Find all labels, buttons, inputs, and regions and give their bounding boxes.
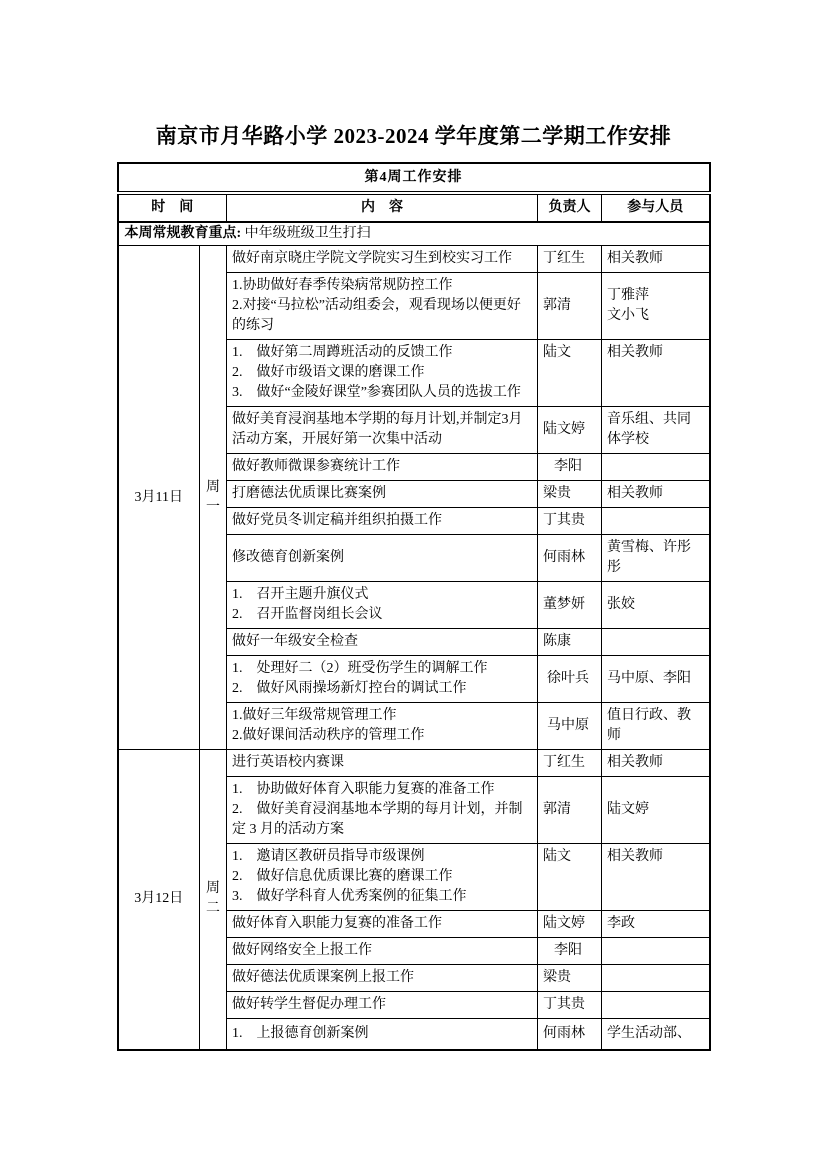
col-header-time: 时 间: [118, 193, 227, 222]
participants-cell: 相关教师: [602, 246, 710, 273]
lead-person-cell: 陆文: [538, 844, 602, 911]
participants-cell: 黄雪梅、许彤彤: [602, 535, 710, 582]
lead-person-cell: 何雨林: [538, 535, 602, 582]
lead-person-cell: 郭清: [538, 273, 602, 340]
participants-cell: 陆文婷: [602, 777, 710, 844]
task-content-cell: 进行英语校内赛课: [227, 750, 538, 777]
date-cell: 3月12日: [118, 750, 200, 1050]
lead-person-cell: 李阳: [538, 938, 602, 965]
task-content-cell: 做好美育浸润基地本学期的每月计划,并制定3月活动方案，开展好第一次集中活动: [227, 407, 538, 454]
lead-person-cell: 何雨林: [538, 1019, 602, 1050]
weekly-focus-text: 中年级班级卫生打扫: [245, 226, 371, 241]
task-content-cell: 1. 处理好二（2）班受伤学生的调解工作 2. 做好风雨操场新灯控台的调试工作: [227, 656, 538, 703]
participants-cell: 丁雅萍 文小飞: [602, 273, 710, 340]
lead-person-cell: 梁贵: [538, 965, 602, 992]
weekday-cell: 周一: [200, 246, 227, 750]
lead-person-cell: 丁其贵: [538, 992, 602, 1019]
weekly-focus-label: 本周常规教育重点:: [125, 226, 242, 241]
participants-cell: [602, 508, 710, 535]
weekday-cell: 周二: [200, 750, 227, 1050]
participants-cell: 学生活动部、: [602, 1019, 710, 1050]
participants-cell: 相关教师: [602, 481, 710, 508]
task-content-cell: 做好体育入职能力复赛的准备工作: [227, 911, 538, 938]
weekly-focus-row: 本周常规教育重点: 中年级班级卫生打扫: [118, 222, 710, 246]
task-content-cell: 做好德法优质课案例上报工作: [227, 965, 538, 992]
task-content-cell: 做好转学生督促办理工作: [227, 992, 538, 1019]
task-content-cell: 修改德育创新案例: [227, 535, 538, 582]
participants-cell: 音乐组、共同体学校: [602, 407, 710, 454]
lead-person-cell: 李阳: [538, 454, 602, 481]
task-content-cell: 1. 邀请区教研员指导市级课例 2. 做好信息优质课比赛的磨课工作 3. 做好学…: [227, 844, 538, 911]
lead-person-cell: 徐叶兵: [538, 656, 602, 703]
task-content-cell: 做好一年级安全检查: [227, 629, 538, 656]
lead-person-cell: 丁红生: [538, 246, 602, 273]
date-cell: 3月11日: [118, 246, 200, 750]
participants-cell: 张姣: [602, 582, 710, 629]
col-header-content: 内 容: [227, 193, 538, 222]
participants-cell: [602, 965, 710, 992]
task-row: 3月11日周一做好南京晓庄学院文学院实习生到校实习工作丁红生相关教师: [118, 246, 710, 273]
participants-cell: 马中原、李阳: [602, 656, 710, 703]
task-content-cell: 1. 上报德育创新案例: [227, 1019, 538, 1050]
lead-person-cell: 梁贵: [538, 481, 602, 508]
task-content-cell: 做好网络安全上报工作: [227, 938, 538, 965]
lead-person-cell: 董梦妍: [538, 582, 602, 629]
lead-person-cell: 马中原: [538, 703, 602, 750]
lead-person-cell: 陆文婷: [538, 911, 602, 938]
header-row: 时 间 内 容 负责人 参与人员: [118, 193, 710, 222]
col-header-participants: 参与人员: [602, 193, 710, 222]
participants-cell: [602, 454, 710, 481]
task-content-cell: 打磨德法优质课比赛案例: [227, 481, 538, 508]
participants-cell: [602, 992, 710, 1019]
task-content-cell: 1. 做好第二周蹲班活动的反馈工作 2. 做好市级语文课的磨课工作 3. 做好“…: [227, 340, 538, 407]
work-schedule-table: 第4周工作安排 时 间 内 容 负责人 参与人员 本周常规教育重点: 中年级班级…: [117, 162, 711, 1051]
task-row: 3月12日周二进行英语校内赛课丁红生相关教师: [118, 750, 710, 777]
document-page: 南京市月华路小学 2023-2024 学年度第二学期工作安排 第4周工作安排 时…: [0, 0, 827, 1170]
participants-cell: 相关教师: [602, 844, 710, 911]
task-content-cell: 做好教师微课参赛统计工作: [227, 454, 538, 481]
table-title-row: 第4周工作安排: [118, 163, 710, 193]
participants-cell: 值日行政、教师: [602, 703, 710, 750]
participants-cell: [602, 938, 710, 965]
task-content-cell: 1. 协助做好体育入职能力复赛的准备工作 2. 做好美育浸润基地本学期的每月计划…: [227, 777, 538, 844]
task-content-cell: 1. 召开主题升旗仪式 2. 召开监督岗组长会议: [227, 582, 538, 629]
lead-person-cell: 丁红生: [538, 750, 602, 777]
task-content-cell: 做好南京晓庄学院文学院实习生到校实习工作: [227, 246, 538, 273]
document-title: 南京市月华路小学 2023-2024 学年度第二学期工作安排: [0, 0, 827, 150]
lead-person-cell: 郭清: [538, 777, 602, 844]
col-header-lead: 负责人: [538, 193, 602, 222]
participants-cell: 相关教师: [602, 340, 710, 407]
task-content-cell: 1.做好三年级常规管理工作 2.做好课间活动秩序的管理工作: [227, 703, 538, 750]
lead-person-cell: 丁其贵: [538, 508, 602, 535]
lead-person-cell: 陆文: [538, 340, 602, 407]
participants-cell: 李政: [602, 911, 710, 938]
participants-cell: [602, 629, 710, 656]
task-content-cell: 做好党员冬训定稿并组织拍摄工作: [227, 508, 538, 535]
lead-person-cell: 陆文婷: [538, 407, 602, 454]
table-title: 第4周工作安排: [118, 163, 710, 193]
participants-cell: 相关教师: [602, 750, 710, 777]
task-content-cell: 1.协助做好春季传染病常规防控工作 2.对接“马拉松”活动组委会，观看现场以便更…: [227, 273, 538, 340]
lead-person-cell: 陈康: [538, 629, 602, 656]
